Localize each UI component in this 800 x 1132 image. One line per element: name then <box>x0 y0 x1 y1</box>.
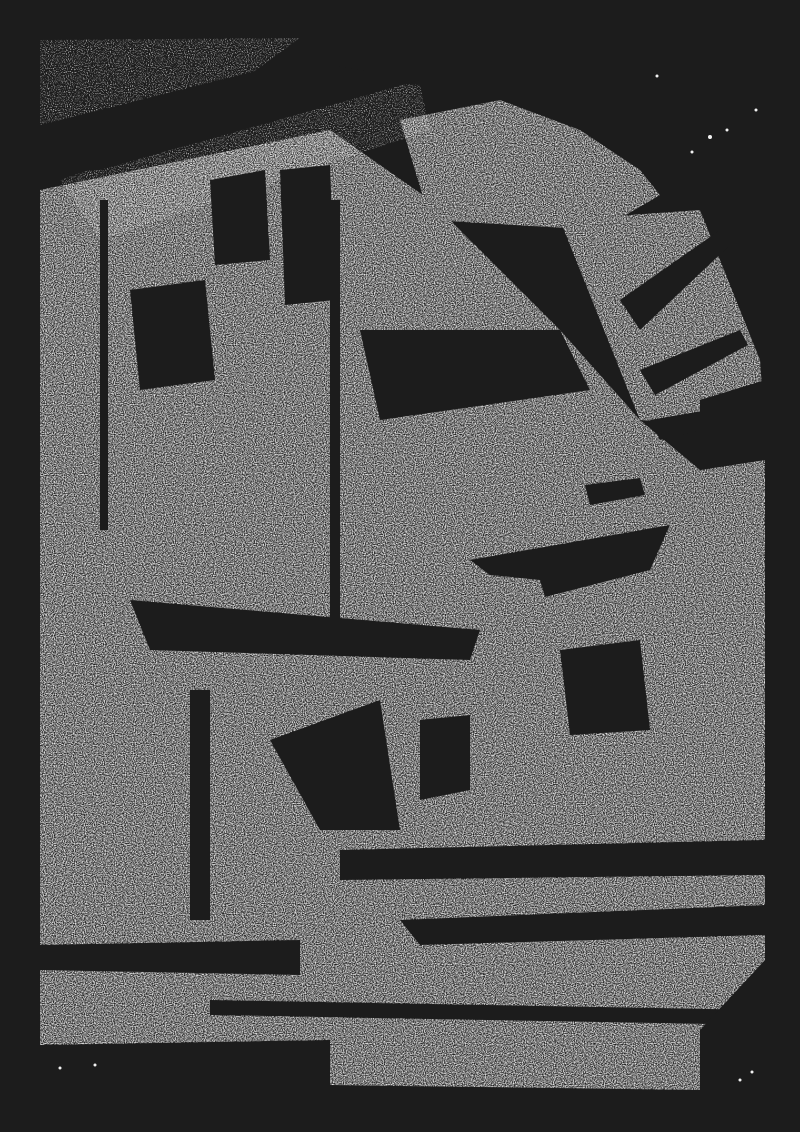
bright-masses <box>40 100 765 1090</box>
stippled-photograph <box>0 0 800 1132</box>
